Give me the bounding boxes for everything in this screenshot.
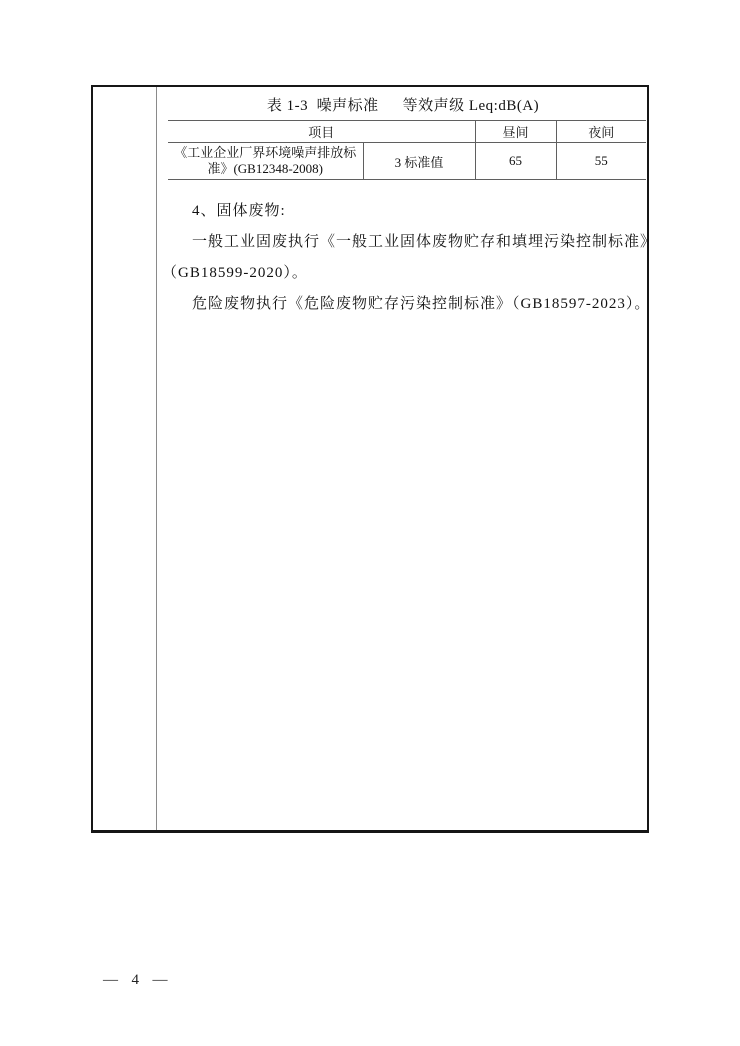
document-frame: 表 1-3 噪声标准 等效声级 Leq:dB(A) 项目 昼间 夜间 《工 <box>91 85 649 833</box>
cell-standard-category: 3 标准值 <box>363 143 475 180</box>
paragraph-general-waste-line1: 一般工业固废执行《一般工业固体废物贮存和填埋污染控制标准》 <box>162 227 641 258</box>
frame-column-divider <box>156 87 157 830</box>
paragraph-hazardous-waste: 危险废物执行《危险废物贮存污染控制标准》（GB18597-2023）。 <box>162 289 641 320</box>
header-cell-night: 夜间 <box>556 121 646 143</box>
section-heading: 4、固体废物: <box>162 196 641 227</box>
noise-standard-table: 项目 昼间 夜间 《工业企业厂界环境噪声排放标准》(GB12348-2008) … <box>168 120 646 180</box>
cell-day-value: 65 <box>475 143 556 180</box>
main-content-area: 表 1-3 噪声标准 等效声级 Leq:dB(A) 项目 昼间 夜间 《工 <box>159 87 647 830</box>
paragraph-general-waste-line2: （GB18599-2020）。 <box>162 258 641 289</box>
table-header-row: 项目 昼间 夜间 <box>168 121 646 143</box>
noise-table-title: 表 1-3 噪声标准 等效声级 Leq:dB(A) <box>159 94 647 115</box>
header-cell-item: 项目 <box>168 121 475 143</box>
header-cell-day: 昼间 <box>475 121 556 143</box>
document-page: 表 1-3 噪声标准 等效声级 Leq:dB(A) 项目 昼间 夜间 《工 <box>0 0 740 1046</box>
table-row: 《工业企业厂界环境噪声排放标准》(GB12348-2008) 3 标准值 65 … <box>168 143 646 180</box>
page-number: — 4 — <box>103 972 170 989</box>
solid-waste-section: 4、固体废物: 一般工业固废执行《一般工业固体废物贮存和填埋污染控制标准》 （G… <box>162 196 641 320</box>
cell-night-value: 55 <box>556 143 646 180</box>
cell-standard-name: 《工业企业厂界环境噪声排放标准》(GB12348-2008) <box>168 143 363 180</box>
